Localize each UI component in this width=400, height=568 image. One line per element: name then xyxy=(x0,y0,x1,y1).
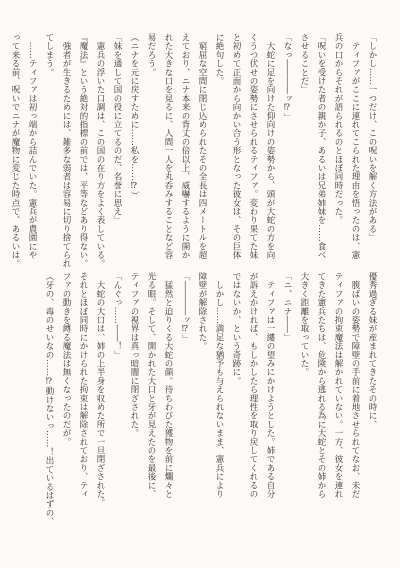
text-line: と初めて正面から向かい合う形となった彼女は、その巨体 xyxy=(227,33,244,265)
text-line: 「――――ッ⁉」 xyxy=(176,272,193,520)
text-line: （ニナを元に戻すために……私を……⁉） xyxy=(125,33,142,265)
text-line: 『魔法』という絶対的指標の前では、平等などあり得ない。 xyxy=(74,33,91,265)
text-line: 「んぐっ……――！」 xyxy=(108,272,125,520)
text-line: れた大きな口を見るに、人間一人を丸呑みすることなど容 xyxy=(159,33,176,265)
novel-page: 「しかし……一つだけ、この呪いを解く方法がある」 ティファがここに連れてこられた… xyxy=(0,0,400,568)
text-line: ファの動きを縛る魔法は無くなったのだが。 xyxy=(57,272,74,520)
text-line: ……ティファは初っ端から詰んでいた。憲兵が農園にや xyxy=(23,33,40,265)
text-line: 「呪いを受けた者の親か子、あるいは兄弟姉妹を……食べ xyxy=(312,33,329,265)
text-line: 「なっ――――ッ⁉」 xyxy=(278,33,295,265)
text-line: 障壁が解除された。 xyxy=(193,272,210,520)
text-line: 「ニ、ニナ――」 xyxy=(278,272,295,520)
text-line: 猛然と迫りくる大蛇の顔。待ちわびた獲物を前に爛々と xyxy=(159,272,176,520)
text-line: てきた憲兵たちは、危険から逃れる為に大蛇とその姉から xyxy=(312,272,329,520)
text-line: ティファは一縷の望みにかけようとした。姉である自分 xyxy=(261,272,278,520)
text-line: 大きく距離を取っていた。 xyxy=(295,272,312,520)
text-line: 大蛇の大口は、姉の上半身を収めた所で一旦閉ざされた。 xyxy=(91,272,108,520)
text-line: って来る前、呪いでニナが魔物に変じた時点で、あるいは。 xyxy=(6,33,23,265)
text-line: 兵の口からそれが語られるのとほぼ同時だった。 xyxy=(329,33,346,265)
text-line: に絶句した。 xyxy=(210,33,227,265)
text-line: 窮屈な空間に閉じ込められたその全長は四メートルを超 xyxy=(193,33,210,265)
text-line: ではないか、という奇跡に。 xyxy=(227,272,244,520)
lower-text-block: 優秀過ぎる妹が産まれてきたその時に、 腹ばいの姿勢で障壁の手前に着地させられてな… xyxy=(40,272,380,520)
text-line: くうつ伏せの姿勢にさせられるティファ。変わり果てた妹 xyxy=(244,33,261,265)
text-line: が訴えかければ、もしかしたら理性を取り戻してくれるの xyxy=(244,272,261,520)
text-line: てしまう。 xyxy=(40,33,57,265)
text-line: 憲兵の浮いた口調は、この国の在り方をよく表している。 xyxy=(91,33,108,265)
text-line: 「妹を通して国の役に立てるのだ、名誉に思え」 xyxy=(108,33,125,265)
text-line: 腹ばいの姿勢で障壁の手前に着地させられてなお、未だ xyxy=(346,272,363,520)
text-line: 強者が生きるためには、雑多な弱者は容易に切り捨てられ xyxy=(57,33,74,265)
text-line: ティファの視界は真っ暗闇に閉ざされた。 xyxy=(125,272,142,520)
text-line: 「しかし……一つだけ、この呪いを解く方法がある」 xyxy=(363,33,380,265)
text-line: 光る眼。そして、開かれた大口と牙が見えたのを最後に、 xyxy=(142,272,159,520)
text-line: ティファがここに連れてこられた理由を悟ったのは、憲 xyxy=(346,33,363,265)
text-line: えており、ニナ本来の背丈の倍以上、威嚇するように開か xyxy=(176,33,193,265)
text-line: 優秀過ぎる妹が産まれてきたその時に、 xyxy=(363,272,380,520)
text-line: させることだ」 xyxy=(295,33,312,265)
upper-text-block: 「しかし……一つだけ、この呪いを解く方法がある」 ティファがここに連れてこられた… xyxy=(6,33,380,265)
text-line: ティファの拘束魔法は解かれていない。一方、彼女を連れ xyxy=(329,272,346,520)
text-line: 易だろう。 xyxy=(142,33,159,265)
text-line: それとほぼ同時にかけられた拘束は解除されており、ティ xyxy=(74,272,91,520)
text-line: 大蛇に足を向けた仰向けの姿勢から、頭が大蛇の方を向 xyxy=(261,33,278,265)
text-line: しかし……満足な猶予も与えられないまま、憲兵により xyxy=(210,272,227,520)
text-line: （牙の、毒のせいなの……⁉動けないっ……！出ているはずの、 xyxy=(40,272,57,520)
